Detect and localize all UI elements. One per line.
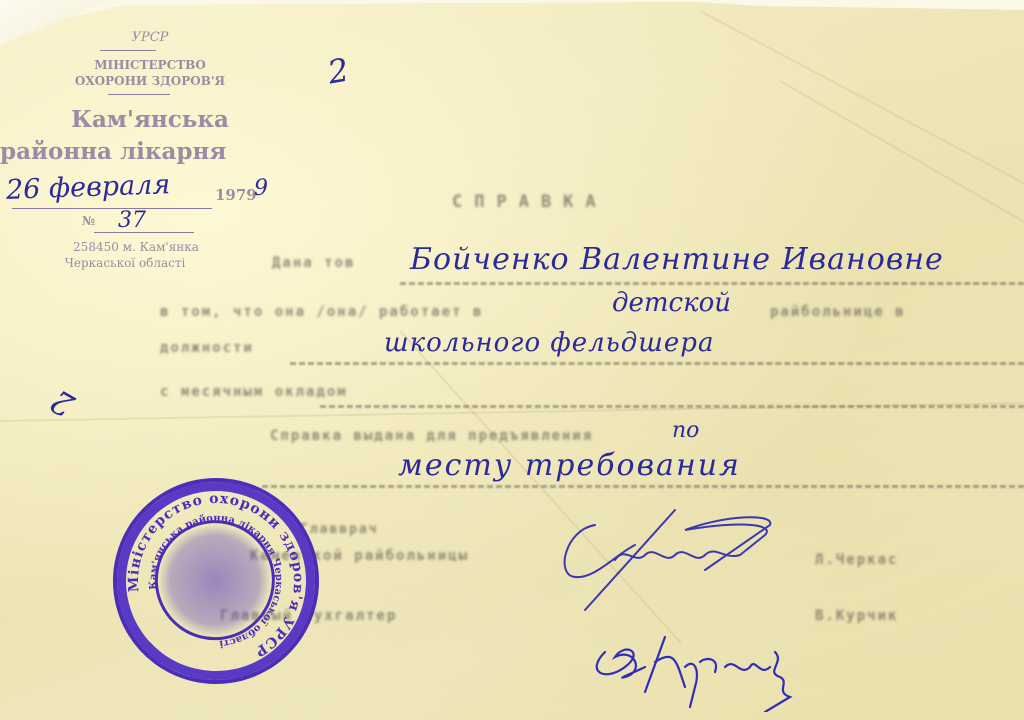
line-2-typed: в том, что она /она/ работает в — [160, 304, 483, 320]
head-label-1: Главврач — [300, 522, 379, 537]
document-title: СПРАВКА — [452, 192, 608, 212]
handwritten-date: 26 февраля — [6, 169, 171, 206]
accountant-name: В.Курчик — [815, 608, 898, 624]
head-name: Л.Черкас — [815, 552, 898, 568]
line-1-typed: Дана тов — [272, 255, 355, 271]
address-line-2: Черкаської області — [40, 256, 210, 270]
fill-line — [262, 485, 1024, 488]
handwritten-number: 37 — [118, 208, 146, 233]
organization-line-2: районна лікарня — [0, 138, 275, 165]
ministry-line-1: МІНІСТЕРСТВО — [70, 58, 230, 72]
date-underline — [12, 208, 212, 209]
hospital-type-handwritten: детской — [612, 288, 731, 318]
position-handwritten: школьного фельдшера — [384, 328, 714, 358]
divider — [100, 50, 156, 51]
organization-line-1: Кам'янська — [50, 106, 250, 133]
line-3-typed: должности — [160, 340, 254, 356]
line-4-typed: с месячным окладом — [160, 384, 348, 400]
ministry-line-2: ОХОРОНИ ЗДОРОВ'Я — [55, 74, 245, 88]
fill-line — [400, 282, 1024, 285]
recipient-name: Бойченко Валентине Ивановне — [410, 242, 944, 277]
fill-line — [320, 405, 1024, 408]
number-label: № — [82, 214, 102, 228]
accountant-signature — [585, 612, 825, 712]
fill-line — [290, 362, 1024, 365]
line-5-typed: Справка выдана для предъявления — [270, 428, 593, 444]
head-signature — [555, 505, 815, 615]
line-5-handwritten: по — [672, 418, 699, 443]
line-2-typed-end: райбольнице в — [770, 304, 906, 320]
republic-label: УРСР — [100, 30, 200, 45]
address-line-1: 258450 м. Кам'янка — [56, 240, 216, 254]
handwritten-year-correction: 9 — [254, 176, 268, 201]
official-seal: Міністерство охорони здоров'я УРСР Кам'я… — [100, 465, 333, 698]
purpose-handwritten: месту требования — [398, 448, 741, 483]
divider — [108, 94, 170, 95]
